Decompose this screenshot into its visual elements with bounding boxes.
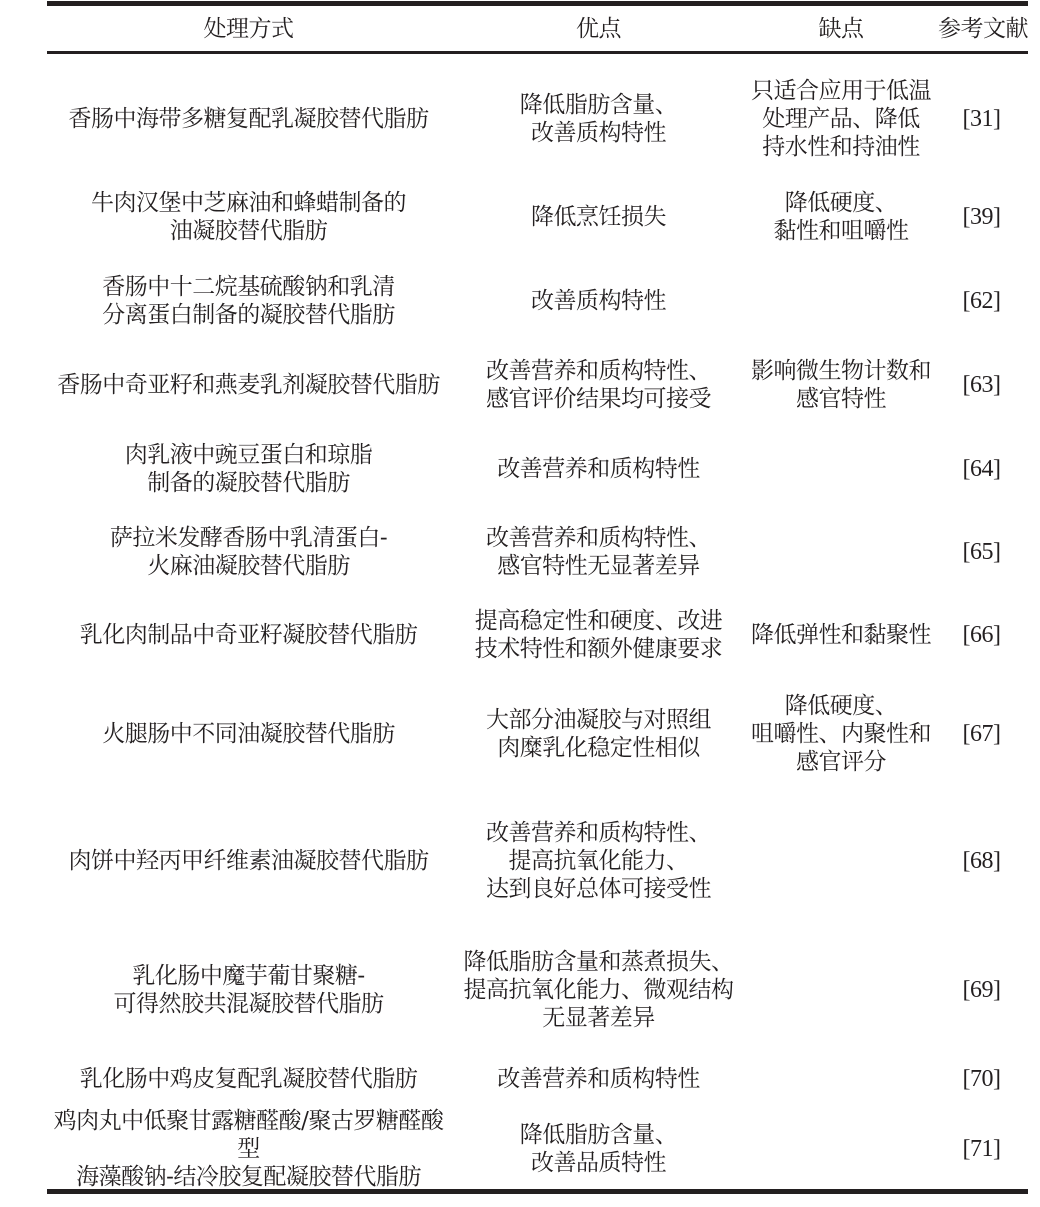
advantages-cell: 提高稳定性和硬度、改进 技术特性和额外健康要求 [450, 607, 747, 663]
table-row: 萨拉米发酵香肠中乳清蛋白- 火麻油凝胶替代脂肪 改善营养和质构特性、 感官特性无… [47, 511, 1028, 593]
reference-cell: [63] [935, 371, 1028, 399]
reference-cell: [64] [935, 455, 1028, 483]
disadvantages-cell: 只适合应用于低温 处理产品、降低 持水性和持油性 [747, 77, 935, 161]
table-row: 香肠中海带多糖复配乳凝胶替代脂肪 降低脂肪含量、 改善质构特性 只适合应用于低温… [47, 54, 1028, 175]
advantages-cell: 改善营养和质构特性、 提高抗氧化能力、 达到良好总体可接受性 [450, 819, 747, 903]
reference-cell: [70] [935, 1065, 1028, 1093]
method-cell: 乳化肉制品中奇亚籽凝胶替代脂肪 [47, 621, 450, 649]
reference-cell: [66] [935, 621, 1028, 649]
reference-cell: [62] [935, 287, 1028, 315]
method-cell: 乳化肠中魔芋葡甘聚糖- 可得然胶共混凝胶替代脂肪 [47, 962, 450, 1018]
advantages-cell: 改善营养和质构特性、 感官评价结果均可接受 [450, 357, 747, 413]
reference-cell: [31] [935, 105, 1028, 133]
disadvantages-cell: 降低弹性和黏聚性 [747, 621, 935, 649]
advantages-cell: 降低脂肪含量、 改善品质特性 [450, 1121, 747, 1177]
advantages-cell: 降低脂肪含量和蒸煮损失、 提高抗氧化能力、微观结构 无显著差异 [450, 948, 747, 1032]
table-row: 牛肉汉堡中芝麻油和蜂蜡制备的 油凝胶替代脂肪 降低烹饪损失 降低硬度、 黏性和咀… [47, 175, 1028, 259]
header-advantages: 优点 [450, 15, 747, 43]
reference-cell: [65] [935, 538, 1028, 566]
method-cell: 香肠中奇亚籽和燕麦乳剂凝胶替代脂肪 [47, 371, 450, 399]
header-method: 处理方式 [47, 15, 450, 43]
method-cell: 香肠中十二烷基硫酸钠和乳清 分离蛋白制备的凝胶替代脂肪 [47, 273, 450, 329]
advantages-cell: 改善营养和质构特性、 感官特性无显著差异 [450, 524, 747, 580]
fat-replacement-table: 处理方式 优点 缺点 参考文献 香肠中海带多糖复配乳凝胶替代脂肪 降低脂肪含量、… [47, 1, 1028, 1194]
method-cell: 肉乳液中豌豆蛋白和琼脂 制备的凝胶替代脂肪 [47, 441, 450, 497]
table-row: 火腿肠中不同油凝胶替代脂肪 大部分油凝胶与对照组 肉糜乳化稳定性相似 降低硬度、… [47, 677, 1028, 791]
table-row: 香肠中十二烷基硫酸钠和乳清 分离蛋白制备的凝胶替代脂肪 改善质构特性 [62] [47, 259, 1028, 343]
reference-cell: [69] [935, 976, 1028, 1004]
reference-cell: [39] [935, 203, 1028, 231]
advantages-cell: 大部分油凝胶与对照组 肉糜乳化稳定性相似 [450, 706, 747, 762]
advantages-cell: 降低脂肪含量、 改善质构特性 [450, 91, 747, 147]
reference-cell: [67] [935, 720, 1028, 748]
method-cell: 鸡肉丸中低聚甘露糖醛酸/聚古罗糖醛酸型 海藻酸钠-结冷胶复配凝胶替代脂肪 [47, 1107, 450, 1191]
table-row: 乳化肉制品中奇亚籽凝胶替代脂肪 提高稳定性和硬度、改进 技术特性和额外健康要求 … [47, 593, 1028, 677]
reference-cell: [71] [935, 1135, 1028, 1163]
disadvantages-cell: 降低硬度、 黏性和咀嚼性 [747, 189, 935, 245]
table-row: 香肠中奇亚籽和燕麦乳剂凝胶替代脂肪 改善营养和质构特性、 感官评价结果均可接受 … [47, 343, 1028, 427]
advantages-cell: 改善营养和质构特性 [450, 1065, 747, 1093]
advantages-cell: 改善营养和质构特性 [450, 455, 747, 483]
method-cell: 火腿肠中不同油凝胶替代脂肪 [47, 720, 450, 748]
table-row: 鸡肉丸中低聚甘露糖醛酸/聚古罗糖醛酸型 海藻酸钠-结冷胶复配凝胶替代脂肪 降低脂… [47, 1109, 1028, 1189]
table-row: 肉乳液中豌豆蛋白和琼脂 制备的凝胶替代脂肪 改善营养和质构特性 [64] [47, 427, 1028, 511]
method-cell: 牛肉汉堡中芝麻油和蜂蜡制备的 油凝胶替代脂肪 [47, 189, 450, 245]
header-disadvantages: 缺点 [747, 15, 935, 43]
disadvantages-cell: 影响微生物计数和 感官特性 [747, 357, 935, 413]
method-cell: 乳化肠中鸡皮复配乳凝胶替代脂肪 [47, 1065, 450, 1093]
method-cell: 香肠中海带多糖复配乳凝胶替代脂肪 [47, 105, 450, 133]
advantages-cell: 改善质构特性 [450, 287, 747, 315]
advantages-cell: 降低烹饪损失 [450, 203, 747, 231]
method-cell: 肉饼中羟丙甲纤维素油凝胶替代脂肪 [47, 847, 450, 875]
reference-cell: [68] [935, 847, 1028, 875]
table-row: 乳化肠中鸡皮复配乳凝胶替代脂肪 改善营养和质构特性 [70] [47, 1049, 1028, 1109]
table-row: 乳化肠中魔芋葡甘聚糖- 可得然胶共混凝胶替代脂肪 降低脂肪含量和蒸煮损失、 提高… [47, 931, 1028, 1049]
disadvantages-cell: 降低硬度、 咀嚼性、内聚性和 感官评分 [747, 692, 935, 776]
table-header-row: 处理方式 优点 缺点 参考文献 [47, 6, 1028, 54]
header-reference: 参考文献 [935, 15, 1028, 43]
method-cell: 萨拉米发酵香肠中乳清蛋白- 火麻油凝胶替代脂肪 [47, 524, 450, 580]
table-row: 肉饼中羟丙甲纤维素油凝胶替代脂肪 改善营养和质构特性、 提高抗氧化能力、 达到良… [47, 791, 1028, 931]
